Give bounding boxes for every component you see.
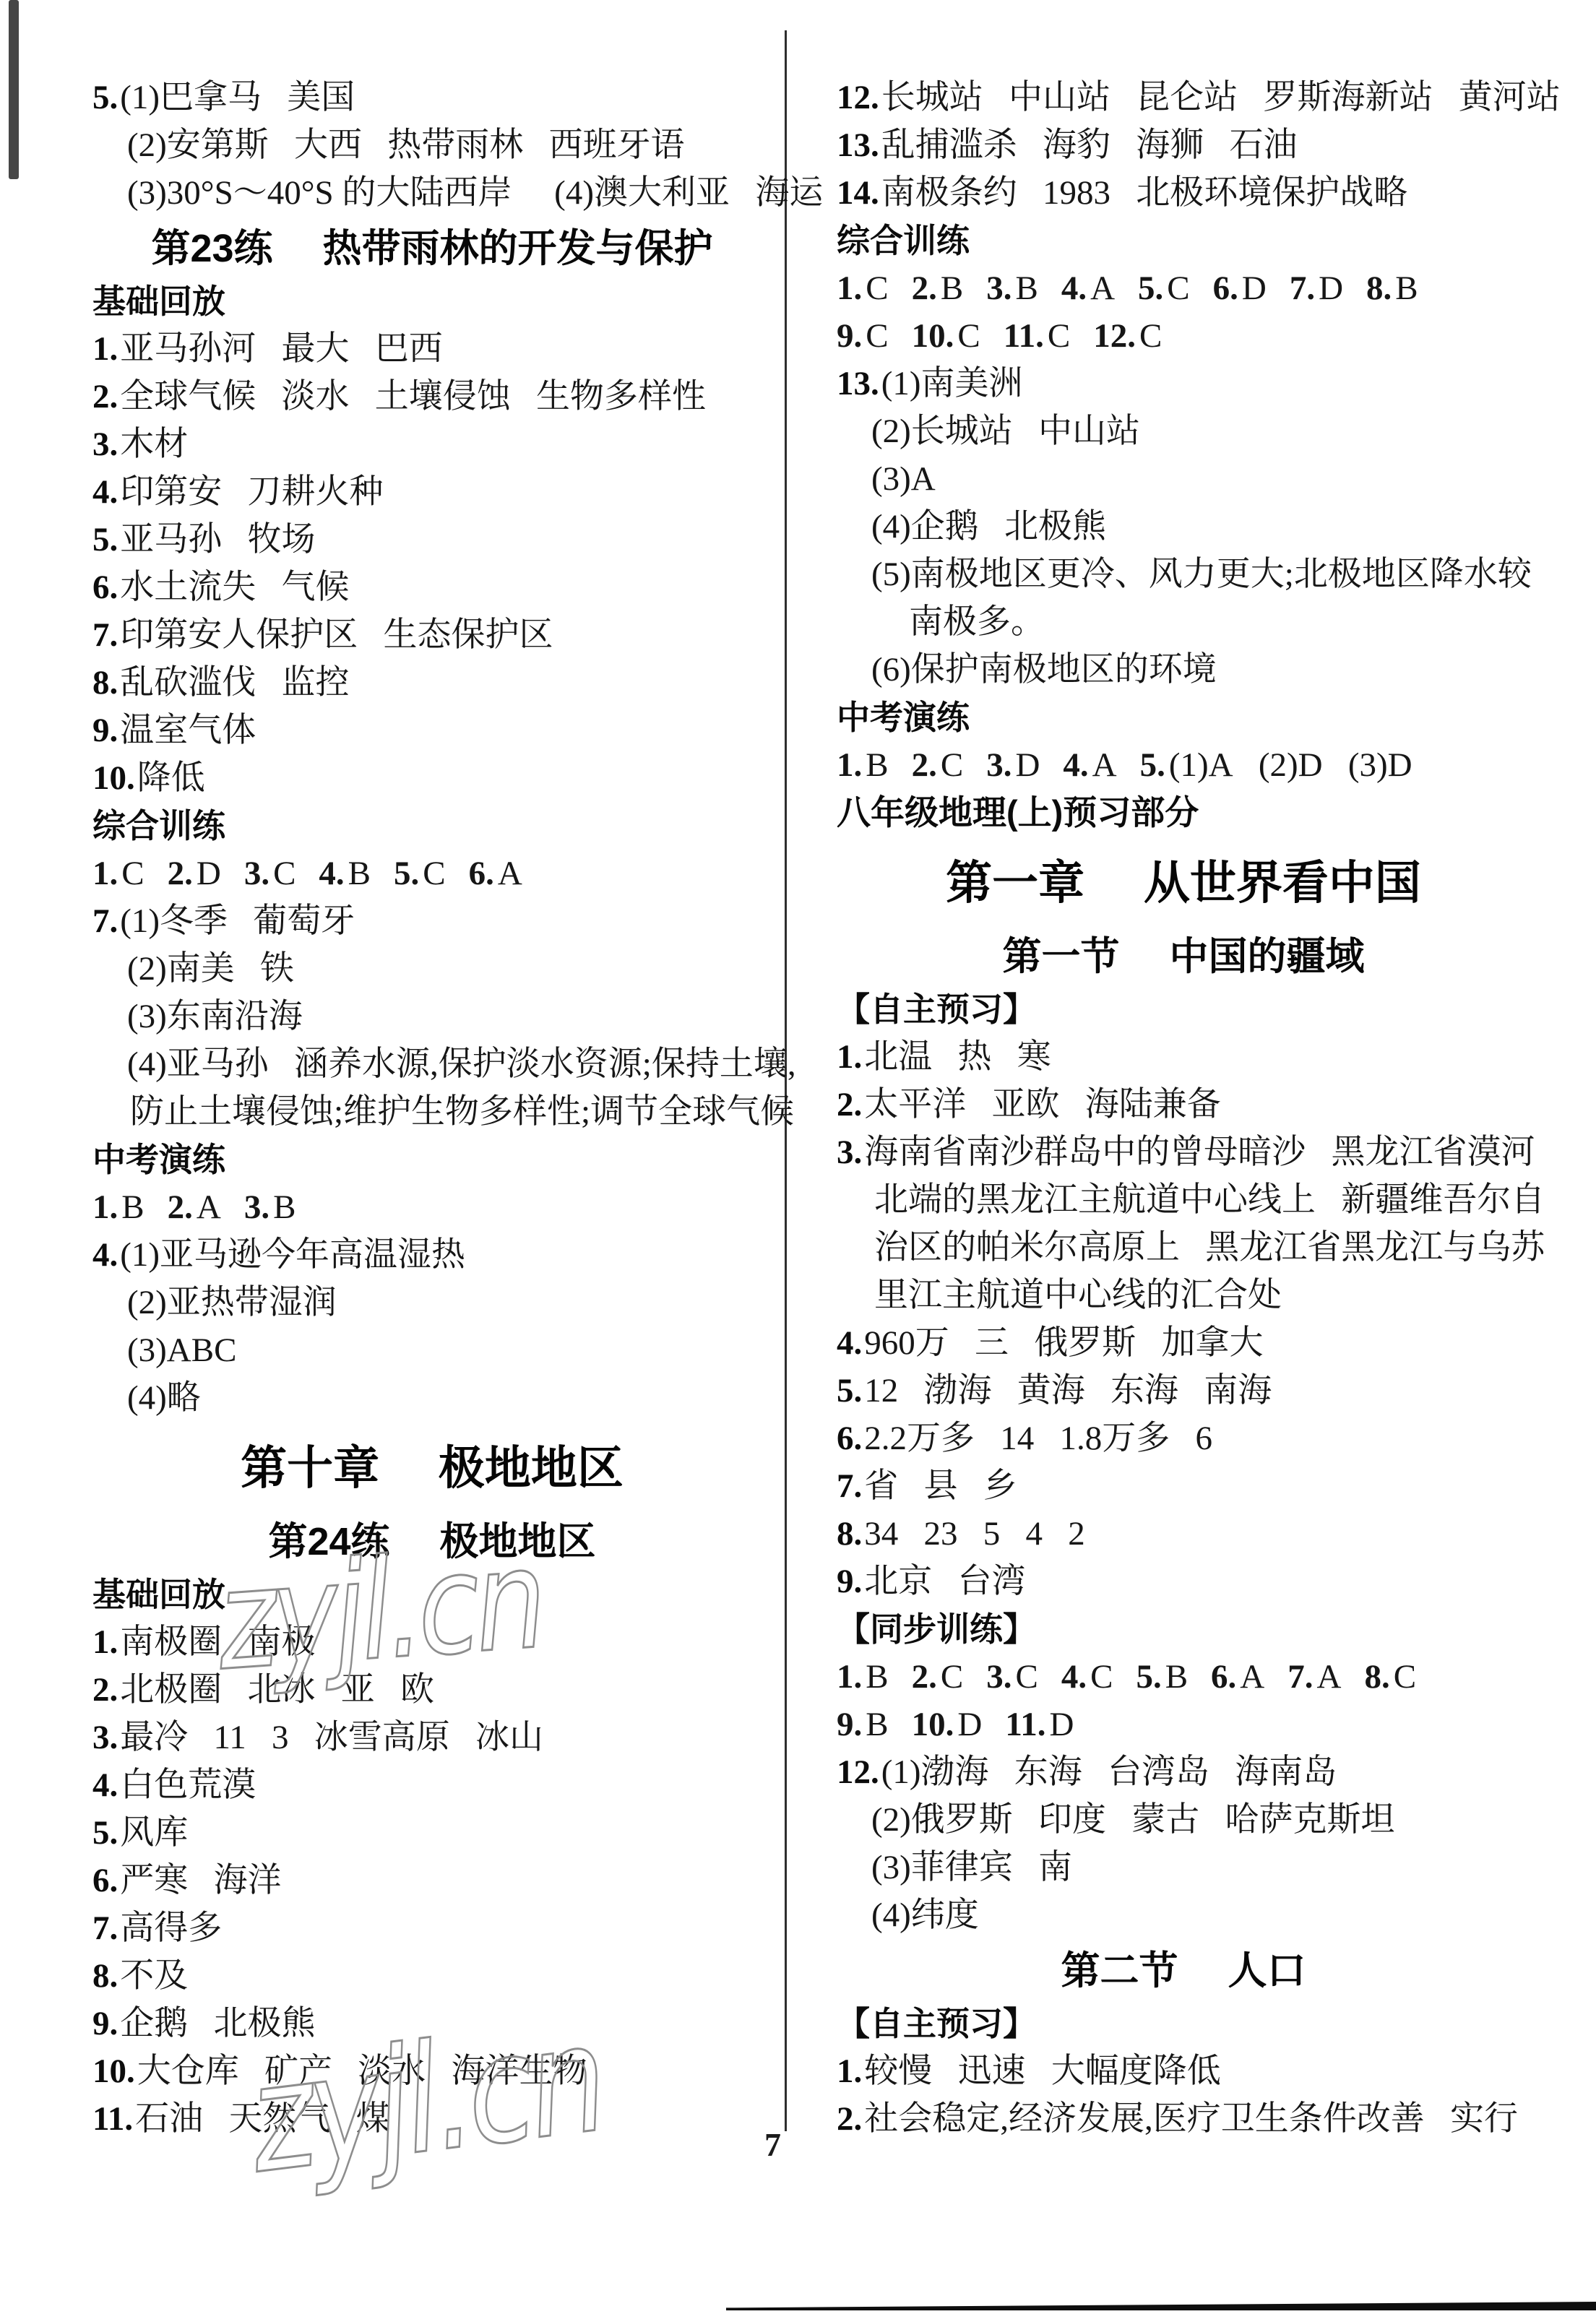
line-text: (2)安第斯 大西 热带雨林 西班牙语 (127, 126, 685, 164)
answer-subitem: (3)30°S～40°S 的大陆西岸 (4)澳大利亚 海运 (92, 169, 772, 217)
answer-item: 2.社会稳定,经济发展,医疗卫生条件改善 实行 (837, 2095, 1530, 2143)
line-text: 12 渤海 黄海 东海 南海 (864, 1372, 1272, 1409)
answer-subitem: (3)A (837, 455, 1530, 503)
answer-subitem: (3)ABC (92, 1326, 772, 1374)
line-text: 里江主航道中心线的汇合处 (874, 1277, 1282, 1314)
line-text: (4)纬度 (871, 1896, 979, 1934)
answer-subitem: (2)俄罗斯 印度 蒙古 哈萨克斯坦 (837, 1796, 1530, 1844)
line-text: (4)企鹅 北极熊 (871, 508, 1106, 545)
line-text: 基础回放 (92, 1576, 225, 1613)
answer-item: 1.南极圈 南极 (92, 1618, 772, 1666)
item-number: 9. (837, 1563, 862, 1600)
answer-item: 6.严寒 海洋 (92, 1857, 772, 1904)
choice-answers-row: 1.C2.D3.C4.B5.C6.A (92, 850, 772, 897)
answer-subitem: (4)略 (92, 1374, 772, 1422)
scan-bottom-rule (726, 2302, 1596, 2310)
answer-item: 7.省 县 乡 (837, 1462, 1530, 1510)
answer-item: 9.温室气体 (92, 707, 772, 754)
exercise-title: 第24练 极地地区 (92, 1514, 772, 1569)
line-text: 印第安 刀耕火种 (120, 473, 383, 511)
line-text: 治区的帕米尔高原上 黑龙江省黑龙江与乌苏 (874, 1229, 1545, 1266)
line-text: 太平洋 亚欧 海陆兼备 (864, 1086, 1221, 1123)
section-header: 综合训练 (92, 802, 772, 850)
answer-pair: 10.D (912, 1706, 983, 1743)
item-number: 13. (837, 126, 879, 164)
item-number: 1. (837, 1038, 862, 1076)
answer-pair: 2.B (912, 269, 964, 307)
line-text: 印第安人保护区 生态保护区 (120, 616, 553, 654)
answer-item: 6.2.2万多 14 1.8万多 6 (837, 1415, 1530, 1462)
line-text: 省 县 乡 (864, 1467, 1017, 1505)
item-number: 4. (92, 473, 118, 511)
section-header: 基础回放 (92, 277, 772, 325)
answer-item: 4.白色荒漠 (92, 1761, 772, 1809)
line-text: 白色荒漠 (120, 1766, 256, 1804)
answer-item: 8.34 23 5 4 2 (837, 1510, 1530, 1558)
part-heading: 八年级地理(上)预习部分 (837, 789, 1530, 837)
answer-subitem: (5)南极地区更冷、风力更大;北极地区降水较 (837, 551, 1530, 598)
item-number: 11. (92, 2100, 133, 2138)
item-number: 3. (92, 426, 118, 463)
choice-answers-row: 1.B2.A3.B (92, 1183, 772, 1231)
line-text: 亚马孙河 最大 巴西 (120, 330, 443, 368)
line-text: (2)亚热带湿润 (127, 1284, 337, 1321)
line-text: (2)俄罗斯 印度 蒙古 哈萨克斯坦 (871, 1801, 1395, 1839)
answer-pair: 1.B (837, 1658, 889, 1696)
answer-item: 5.亚马孙 牧场 (92, 516, 772, 564)
continuation-line: 北端的黑龙江主航道中心线上 新疆维吾尔自 (837, 1176, 1530, 1224)
item-number: 6. (837, 1420, 862, 1457)
answer-item: 4.印第安 刀耕火种 (92, 468, 772, 516)
answer-subitem: (2)南美 铁 (92, 945, 772, 993)
line-text: (3)30°S～40°S 的大陆西岸 (4)澳大利亚 海运 (127, 174, 823, 212)
line-text: 水土流失 气候 (120, 569, 349, 606)
exercise-title: 第二节 人口 (837, 1943, 1530, 1998)
answer-item: 9.企鹅 北极熊 (92, 2000, 772, 2047)
answer-pair: 1.B (837, 746, 889, 784)
answer-item: 7.印第安人保护区 生态保护区 (92, 611, 772, 659)
line-text: 南极条约 1983 北极环境保护战略 (881, 174, 1408, 212)
answer-subitem: (6)保护南极地区的环境 (837, 646, 1530, 694)
answer-pair: 4.A (1063, 746, 1116, 784)
answer-pair: 7.A (1287, 1658, 1341, 1696)
line-text: 最冷 11 3 冰雪高原 冰山 (120, 1719, 543, 1756)
answer-pair: 8.C (1364, 1658, 1416, 1696)
line-text: (1)渤海 东海 台湾岛 海南岛 (881, 1753, 1337, 1791)
line-text: (4)亚马孙 涵养水源,保护淡水资源;保持土壤, (127, 1045, 796, 1083)
answer-pair: 8.B (1366, 269, 1418, 307)
answer-pair: 7.D (1290, 269, 1343, 307)
answer-pair: 4.A (1061, 269, 1115, 307)
line-text: (4)略 (127, 1379, 201, 1417)
continuation-line: 南极多。 (837, 598, 1530, 646)
item-number: 7. (837, 1467, 862, 1505)
item-number: 2. (92, 378, 118, 415)
exercise-title: 第23练 热带雨林的开发与保护 (92, 221, 772, 276)
line-text: 北京 台湾 (864, 1563, 1025, 1600)
answer-item: 12.长城站 中山站 昆仑站 罗斯海新站 黄河站 (837, 74, 1530, 121)
line-text: 乱砍滥伐 监控 (120, 664, 349, 701)
answer-pair: 2.D (168, 855, 221, 892)
line-text: (3)东南沿海 (127, 998, 303, 1035)
item-number: 5. (837, 1372, 862, 1409)
answer-key-page: 5.(1)巴拿马 美国(2)安第斯 大西 热带雨林 西班牙语(3)30°S～40… (0, 0, 1596, 2314)
page-number: 7 (764, 2125, 781, 2164)
line-text: 第一章 从世界看中国 (946, 857, 1421, 909)
line-text: 第一节 中国的疆域 (1002, 935, 1364, 978)
item-number: 12. (837, 1753, 879, 1791)
answer-item: 8.乱砍滥伐 监控 (92, 659, 772, 707)
item-number: 5. (92, 1814, 118, 1852)
section-header: 中考演练 (837, 694, 1530, 741)
answer-pair: 2.C (912, 746, 964, 784)
answer-pair: 10.C (912, 317, 980, 355)
exercise-title: 第一节 中国的疆域 (837, 929, 1530, 984)
item-number: 5. (92, 79, 118, 116)
line-text: 第24练 极地地区 (268, 1520, 595, 1563)
line-text: 综合训练 (92, 807, 225, 845)
section-header: 基础回放 (92, 1571, 772, 1618)
answer-item: 2.全球气候 淡水 土壤侵蚀 生物多样性 (92, 373, 772, 420)
answer-item: 2.太平洋 亚欧 海陆兼备 (837, 1081, 1530, 1128)
answer-pair: 3.B (244, 1188, 296, 1226)
answer-pair: 1.B (92, 1188, 144, 1226)
answer-item: 10.大仓库 矿产 淡水 海洋生物 (92, 2047, 772, 2095)
line-text: (1)巴拿马 美国 (120, 79, 355, 116)
line-text: 基础回放 (92, 282, 225, 320)
answer-pair: 4.B (319, 855, 371, 892)
answer-item: 9.北京 台湾 (837, 1558, 1530, 1605)
line-text: 高得多 (120, 1909, 222, 1947)
line-text: 全球气候 淡水 土壤侵蚀 生物多样性 (120, 378, 706, 415)
line-text: 风库 (120, 1814, 188, 1852)
line-text: 第二节 人口 (1061, 1949, 1306, 1993)
line-text: 长城站 中山站 昆仑站 罗斯海新站 黄河站 (881, 79, 1561, 116)
line-text: 较慢 迅速 大幅度降低 (864, 2052, 1221, 2090)
answer-pair: 9.C (837, 317, 889, 355)
line-text: 北温 热 寒 (864, 1038, 1051, 1076)
answer-item: 3.海南省南沙群岛中的曾母暗沙 黑龙江省漠河 (837, 1128, 1530, 1176)
item-number: 9. (92, 712, 118, 749)
item-number: 10. (92, 2052, 135, 2090)
line-text: (1)亚马逊今年高温湿热 (120, 1236, 465, 1274)
item-number: 9. (92, 2005, 118, 2042)
line-text: 防止土壤侵蚀;维护生物多样性;调节全球气候 (130, 1093, 794, 1131)
answer-pair: 12.C (1093, 317, 1162, 355)
answer-item: 3.木材 (92, 420, 772, 468)
section-header: 中考演练 (92, 1136, 772, 1183)
line-text: 南极圈 南极 (120, 1623, 315, 1661)
answer-subitem: (2)安第斯 大西 热带雨林 西班牙语 (92, 121, 772, 169)
answer-item: 6.水土流失 气候 (92, 564, 772, 611)
item-number: 4. (92, 1236, 118, 1274)
item-number: 7. (92, 616, 118, 654)
choice-answers-row: 9.C10.C11.C12.C (837, 312, 1530, 360)
choice-answers-row: 9.B10.D11.D (837, 1701, 1530, 1748)
answer-pair: 2.A (168, 1188, 221, 1226)
line-text: 【同步训练】 (837, 1610, 1036, 1648)
item-number: 6. (92, 1862, 118, 1899)
answer-pair: 9.B (837, 1706, 889, 1743)
answer-pair: 1.C (837, 269, 889, 307)
item-number: 2. (837, 2100, 862, 2138)
line-text: 北极圈 北冰 亚 欧 (120, 1671, 434, 1709)
item-number: 4. (837, 1324, 862, 1362)
line-text: 北端的黑龙江主航道中心线上 新疆维吾尔自 (874, 1181, 1545, 1219)
answer-item: 4.960万 三 俄罗斯 加拿大 (837, 1319, 1530, 1367)
answer-item: 13.(1)南美洲 (837, 360, 1530, 407)
line-text: 2.2万多 14 1.8万多 6 (864, 1420, 1212, 1457)
answer-pair: 11.C (1004, 317, 1071, 355)
item-number: 2. (837, 1086, 862, 1123)
continuation-line: 里江主航道中心线的汇合处 (837, 1272, 1530, 1319)
answer-item: 8.不及 (92, 1952, 772, 2000)
answer-pair: 3.C (244, 855, 296, 892)
line-text: 中考演练 (837, 699, 970, 736)
section-header: 综合训练 (837, 217, 1530, 264)
item-number: 1. (92, 1623, 118, 1661)
item-number: 7. (92, 1909, 118, 1947)
section-header: 【自主预习】 (837, 2000, 1530, 2047)
item-number: 7. (92, 902, 118, 940)
answer-item: 1.亚马孙河 最大 巴西 (92, 325, 772, 373)
answer-item: 3.最冷 11 3 冰雪高原 冰山 (92, 1714, 772, 1761)
section-header: 【同步训练】 (837, 1605, 1530, 1653)
item-number: 12. (837, 79, 879, 116)
continuation-line: 防止土壤侵蚀;维护生物多样性;调节全球气候 (92, 1088, 772, 1136)
answer-pair: 5.(1)A (2)D (3)D (1140, 746, 1412, 784)
line-text: 南极多。 (909, 603, 1045, 641)
line-text: 【自主预习】 (837, 990, 1036, 1028)
answer-item: 12.(1)渤海 东海 台湾岛 海南岛 (837, 1748, 1530, 1796)
answer-subitem: (2)长城站 中山站 (837, 407, 1530, 455)
item-number: 8. (92, 1957, 118, 1995)
right-column: 12.长城站 中山站 昆仑站 罗斯海新站 黄河站13.乱捕滥杀 海豹 海狮 石油… (837, 0, 1530, 2143)
answer-pair: 6.A (1211, 1658, 1264, 1696)
line-text: 木材 (120, 426, 188, 463)
answer-item: 7.高得多 (92, 1904, 772, 1952)
line-text: (2)南美 铁 (127, 950, 294, 988)
answer-item: 13.乱捕滥杀 海豹 海狮 石油 (837, 121, 1530, 169)
continuation-line: 治区的帕米尔高原上 黑龙江省黑龙江与乌苏 (837, 1224, 1530, 1272)
answer-subitem: (4)企鹅 北极熊 (837, 503, 1530, 551)
item-number: 10. (92, 759, 135, 797)
answer-pair: 6.A (469, 855, 522, 892)
line-text: 第十章 极地地区 (241, 1442, 624, 1494)
chapter-title: 第一章 从世界看中国 (837, 847, 1530, 919)
answer-pair: 5.C (394, 855, 446, 892)
item-number: 1. (92, 330, 118, 368)
choice-answers-row: 1.B2.C3.D4.A5.(1)A (2)D (3)D (837, 741, 1530, 789)
line-text: 严寒 海洋 (120, 1862, 281, 1899)
line-text: 第23练 热带雨林的开发与保护 (151, 227, 712, 270)
item-number: 8. (92, 664, 118, 701)
line-text: (5)南极地区更冷、风力更大;北极地区降水较 (871, 556, 1532, 593)
line-text: 石油 天然气 煤 (135, 2100, 390, 2138)
answer-pair: 4.C (1061, 1658, 1113, 1696)
item-number: 2. (92, 1671, 118, 1709)
scan-edge-artifact (9, 0, 19, 179)
answer-subitem: (2)亚热带湿润 (92, 1279, 772, 1326)
choice-answers-row: 1.B2.C3.C4.C5.B6.A7.A8.C (837, 1653, 1530, 1701)
line-text: (3)A (871, 460, 936, 498)
line-text: 海南省南沙群岛中的曾母暗沙 黑龙江省漠河 (864, 1134, 1535, 1171)
answer-pair: 5.C (1138, 269, 1190, 307)
item-number: 4. (92, 1766, 118, 1804)
answer-item: 10.降低 (92, 754, 772, 802)
answer-item: 4.(1)亚马逊今年高温湿热 (92, 1231, 772, 1279)
line-text: (6)保护南极地区的环境 (871, 651, 1217, 688)
line-text: 企鹅 北极熊 (120, 2005, 315, 2042)
line-text: (3)菲律宾 南 (871, 1849, 1072, 1886)
answer-item: 1.北温 热 寒 (837, 1033, 1530, 1081)
line-text: 【自主预习】 (837, 2005, 1036, 2042)
answer-pair: 2.C (912, 1658, 964, 1696)
item-number: 3. (92, 1719, 118, 1756)
answer-subitem: (3)东南沿海 (92, 993, 772, 1040)
line-text: 温室气体 (120, 712, 256, 749)
answer-item: 14.南极条约 1983 北极环境保护战略 (837, 169, 1530, 217)
answer-pair: 3.C (986, 1658, 1038, 1696)
line-text: (1)冬季 葡萄牙 (120, 902, 355, 940)
line-text: 降低 (137, 759, 205, 797)
answer-pair: 3.D (986, 746, 1040, 784)
section-header: 【自主预习】 (837, 985, 1530, 1033)
line-text: 八年级地理(上)预习部分 (837, 793, 1199, 832)
answer-subitem: (4)亚马孙 涵养水源,保护淡水资源;保持土壤, (92, 1040, 772, 1088)
answer-pair: 1.C (92, 855, 144, 892)
item-number: 8. (837, 1515, 862, 1553)
answer-pair: 6.D (1213, 269, 1267, 307)
answer-item: 11.石油 天然气 煤 (92, 2095, 772, 2143)
line-text: 34 23 5 4 2 (864, 1515, 1085, 1553)
item-number: 1. (837, 2052, 862, 2090)
line-text: 乱捕滥杀 海豹 海狮 石油 (881, 126, 1298, 164)
item-number: 14. (837, 174, 879, 212)
choice-answers-row: 1.C2.B3.B4.A5.C6.D7.D8.B (837, 264, 1530, 312)
line-text: (1)南美洲 (881, 365, 1023, 402)
item-number: 13. (837, 365, 879, 402)
left-column: 5.(1)巴拿马 美国(2)安第斯 大西 热带雨林 西班牙语(3)30°S～40… (92, 0, 772, 2143)
answer-item: 5.风库 (92, 1809, 772, 1857)
line-text: (2)长城站 中山站 (871, 413, 1140, 450)
line-text: 亚马孙 牧场 (120, 521, 315, 558)
answer-pair: 11.D (1005, 1706, 1074, 1743)
answer-subitem: (3)菲律宾 南 (837, 1844, 1530, 1891)
answer-subitem: (4)纬度 (837, 1891, 1530, 1939)
chapter-title: 第十章 极地地区 (92, 1432, 772, 1504)
item-number: 5. (92, 521, 118, 558)
line-text: 960万 三 俄罗斯 加拿大 (864, 1324, 1263, 1362)
answer-item: 2.北极圈 北冰 亚 欧 (92, 1666, 772, 1714)
item-number: 3. (837, 1134, 862, 1171)
line-text: 综合训练 (837, 222, 970, 259)
answer-item: 5.12 渤海 黄海 东海 南海 (837, 1367, 1530, 1415)
answer-item: 7.(1)冬季 葡萄牙 (92, 897, 772, 945)
line-text: 中考演练 (92, 1141, 225, 1178)
item-number: 6. (92, 569, 118, 606)
answer-pair: 3.B (986, 269, 1038, 307)
answer-item: 5.(1)巴拿马 美国 (92, 74, 772, 121)
answer-pair: 5.B (1136, 1658, 1188, 1696)
line-text: (3)ABC (127, 1331, 236, 1369)
line-text: 大仓库 矿产 淡水 海洋生物 (137, 2052, 587, 2090)
answer-item: 1.较慢 迅速 大幅度降低 (837, 2047, 1530, 2095)
line-text: 社会稳定,经济发展,医疗卫生条件改善 实行 (864, 2100, 1518, 2138)
line-text: 不及 (120, 1957, 188, 1995)
